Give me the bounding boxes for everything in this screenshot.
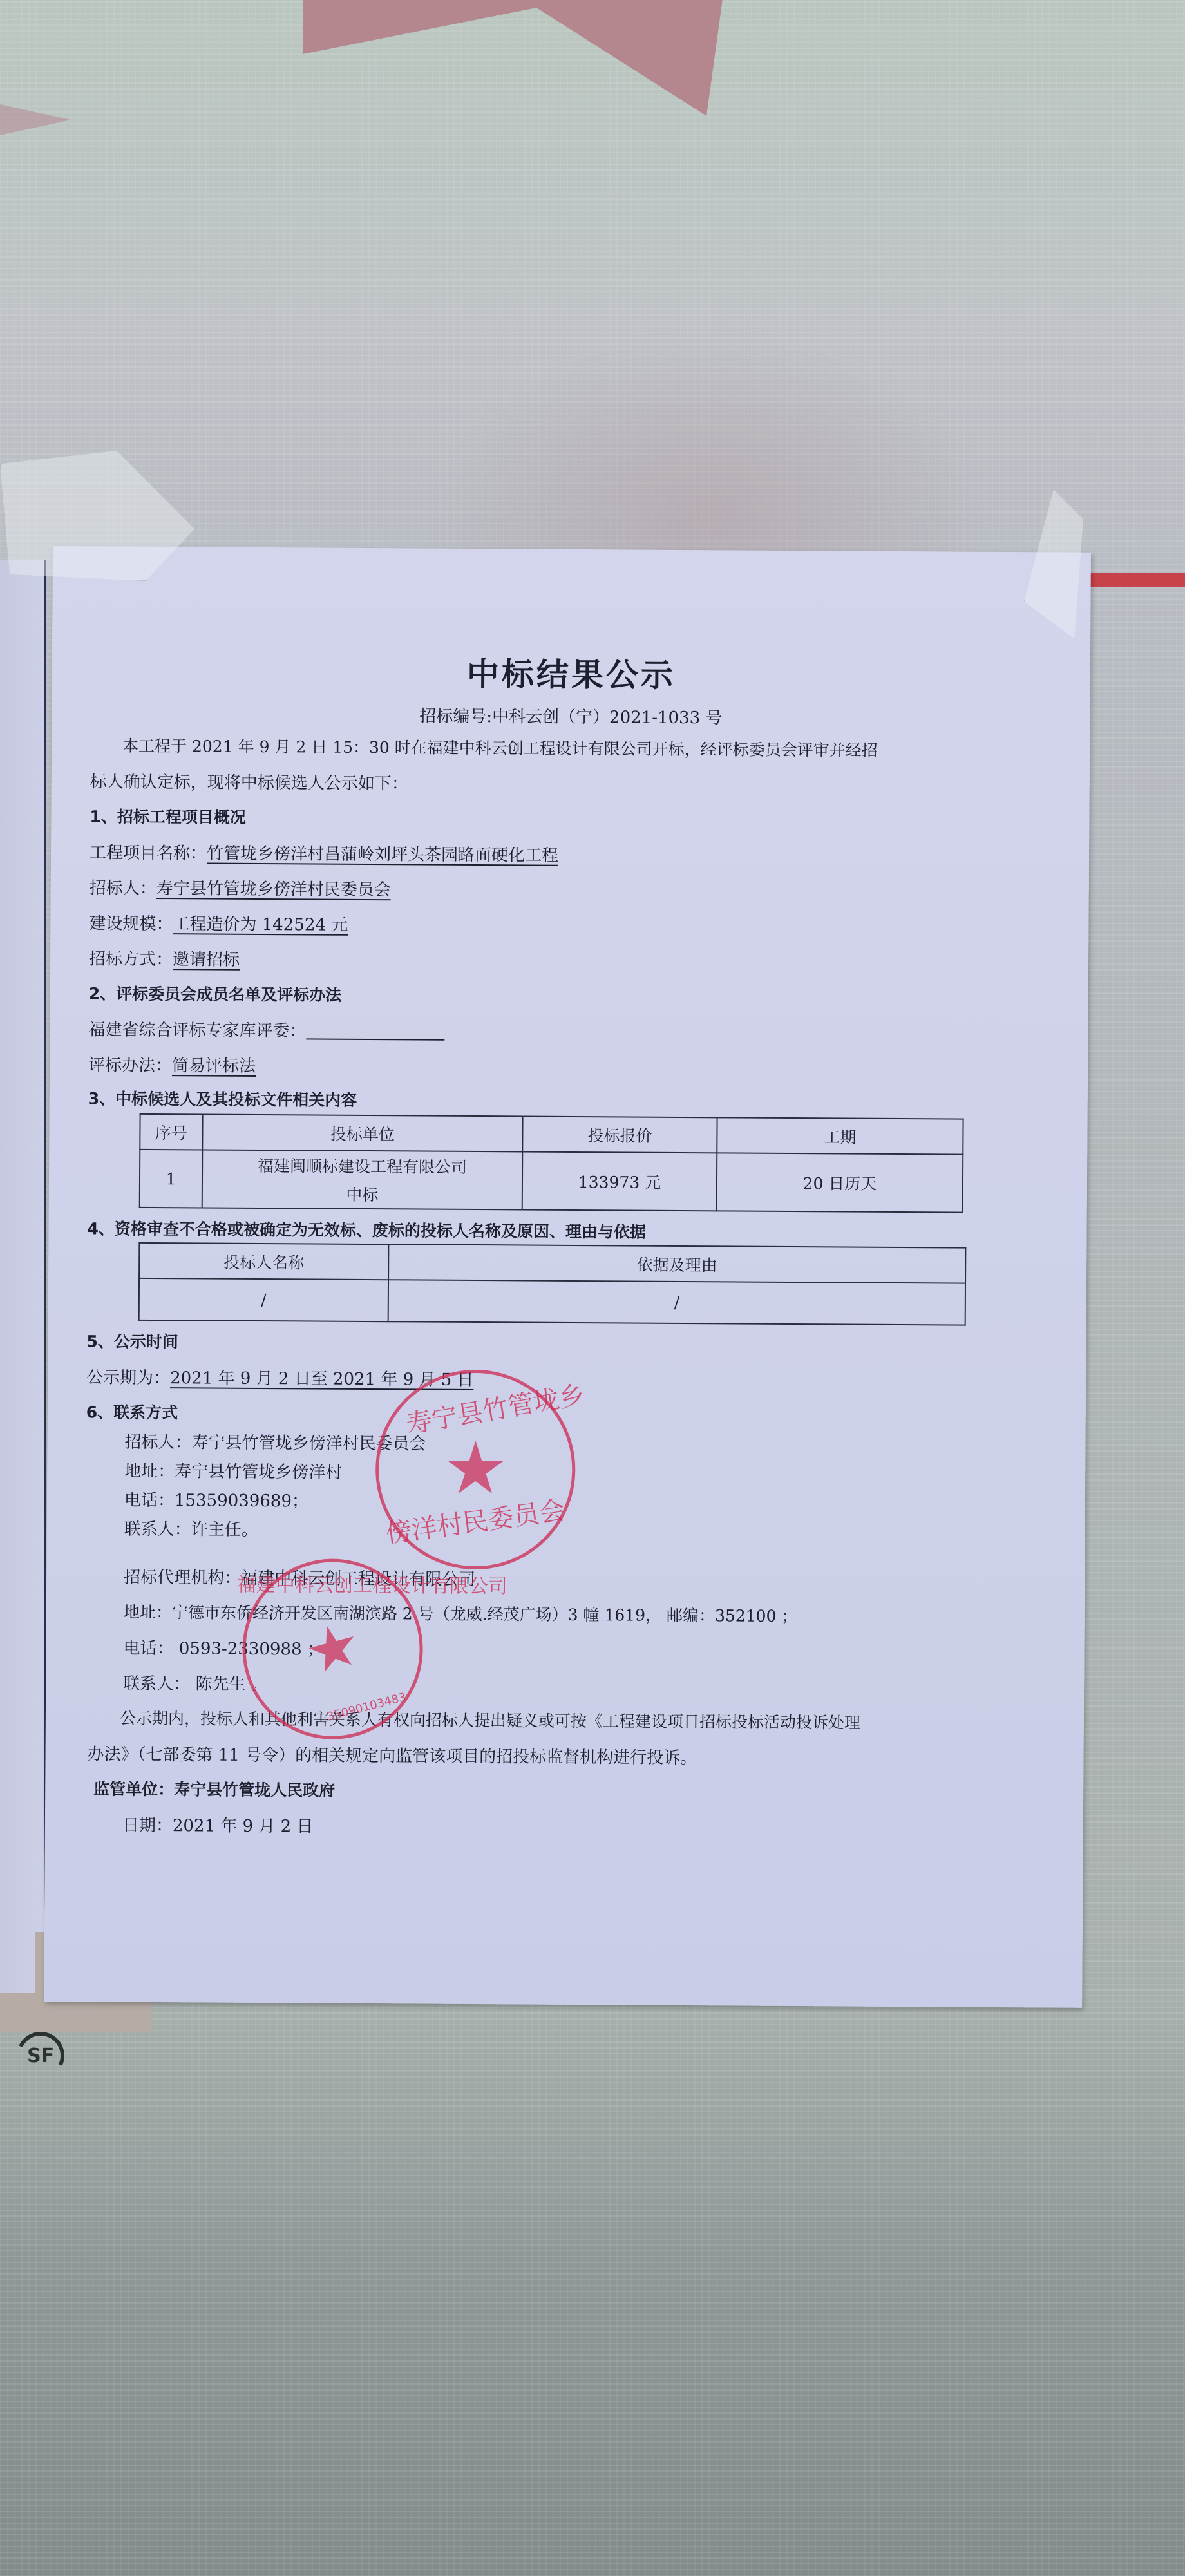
section-5-heading: 5、公示时间 (86, 1329, 178, 1352)
page-title: 中标结果公示 (52, 646, 1090, 699)
experts-blank-line (306, 1024, 444, 1040)
section-3-heading: 3、中标候选人及其投标文件相关内容 (88, 1086, 357, 1111)
eval-method-value: 简易评标法 (172, 1056, 256, 1076)
table-header-row: 序号 投标单位 投标报价 工期 (140, 1114, 963, 1155)
scale-value: 工程造价为 142524 元 (173, 914, 348, 935)
col-header-bidder: 投标单位 (202, 1114, 522, 1151)
intro-line-1: 本工程于 2021 年 9 月 2 日 15：30 时在福建中科云创工程设计有限… (122, 734, 878, 761)
sf-logo-text: SF (27, 2045, 54, 2067)
bidder-name: 福建闽顺标建设工程有限公司 (203, 1153, 522, 1178)
col-header-price: 投标报价 (522, 1116, 717, 1153)
tenderer-row: 招标人：寿宁县竹管垅乡傍洋村民委员会 (90, 875, 391, 900)
table-row: 1 福建闽顺标建设工程有限公司 中标 133973 元 20 日历天 (140, 1150, 963, 1213)
section-2-heading: 2、评标委员会成员名单及评标办法 (89, 981, 342, 1005)
bid-result-notice-page: 中标结果公示 招标编号:中科云创（宁）2021-1033 号 本工程于 2021… (44, 546, 1091, 2008)
bidder-status: 中标 (203, 1181, 522, 1206)
project-name-value: 竹管垅乡傍洋村昌蒲岭刘坪头茶园路面硬化工程 (207, 844, 558, 865)
section-4-heading: 4、资格审查不合格或被确定为无效标、废标的投标人名称及原因、理由与依据 (87, 1216, 646, 1242)
col-header-duration: 工期 (717, 1117, 963, 1154)
notice-date: 日期：2021 年 9 月 2 日 (122, 1812, 314, 1837)
cell-reason: / (388, 1280, 965, 1325)
disqualified-bidder-table: 投标人名称 依据及理由 / / (138, 1242, 967, 1326)
complaint-line-2: 办法》（七部委第 11 号令）的相关规定向监管该项目的招投标监督机构进行投诉。 (87, 1741, 697, 1768)
sf-logo-sticker: SF (10, 2025, 71, 2087)
contact-tenderer-person: 联系人：许主任。 (124, 1516, 258, 1540)
table-row: / / (139, 1278, 965, 1325)
method-value: 邀请招标 (173, 950, 240, 970)
period-label: 公示期为： (86, 1368, 170, 1388)
cell-name: / (139, 1278, 388, 1321)
experts-label: 福建省综合评标专家库评委： (88, 1020, 306, 1041)
seal-agency-text: 福建中科云创工程设计有限公司 (237, 1569, 507, 1599)
section-1-heading: 1、招标工程项目概况 (90, 804, 246, 828)
project-name-label: 工程项目名称： (90, 843, 207, 863)
eval-method-row: 评标办法：简易评标法 (88, 1052, 256, 1077)
scale-row: 建设规模：工程造价为 142524 元 (89, 910, 348, 935)
section-6-heading: 6、联系方式 (86, 1399, 178, 1423)
bid-number: 招标编号:中科云创（宁）2021-1033 号 (52, 701, 1090, 731)
col-header-name: 投标人名称 (139, 1243, 388, 1280)
banner-star-shape (303, 0, 728, 116)
col-header-no: 序号 (140, 1114, 202, 1150)
project-name-row: 工程项目名称：竹管垅乡傍洋村昌蒲岭刘坪头茶园路面硬化工程 (90, 839, 558, 866)
table-header-row: 投标人名称 依据及理由 (139, 1243, 965, 1283)
method-row: 招标方式：邀请招标 (89, 945, 240, 970)
period-row: 公示期为：2021 年 9 月 2 日至 2021 年 9 月 5 日 (86, 1364, 474, 1390)
seal-star-icon (446, 1441, 505, 1499)
contact-tenderer-phone: 电话：15359039689； (124, 1487, 308, 1512)
banner-star-shape-partial (0, 97, 71, 135)
winning-bidder-table: 序号 投标单位 投标报价 工期 1 福建闽顺标建设工程有限公司 中标 13397… (139, 1113, 964, 1213)
seal-star-icon (303, 1620, 363, 1679)
cell-price: 133973 元 (522, 1151, 717, 1211)
seal-bottom-text: 傍洋村民委员会 (377, 1489, 573, 1551)
eval-method-label: 评标办法： (88, 1056, 172, 1075)
method-label: 招标方式： (89, 949, 173, 969)
adjacent-notice-page-edge (0, 560, 46, 1993)
contact-agency-address: 地址：宁德市东侨经济开发区南湖滨路 2 号（龙威.经茂广场）3 幢 1619， … (124, 1600, 798, 1627)
scale-label: 建设规模： (89, 914, 173, 934)
supervisor: 监管单位：寿宁县竹管垅人民政府 (93, 1776, 335, 1801)
complaint-line-1: 公示期内，投标人和其他利害关系人有权向招标人提出疑义或可按《工程建设项目招标投标… (120, 1706, 860, 1734)
village-committee-seal: 寿宁县竹管垅乡 傍洋村民委员会 (375, 1369, 576, 1570)
experts-row: 福建省综合评标专家库评委： (88, 1016, 444, 1042)
tenderer-label: 招标人： (90, 878, 156, 898)
tenderer-value: 寿宁县竹管垅乡傍洋村民委员会 (156, 879, 391, 900)
contact-tenderer-address: 地址：寿宁县竹管垅乡傍洋村 (124, 1458, 342, 1483)
intro-line-2: 标人确认定标，现将中标候选人公示如下： (90, 768, 408, 794)
cell-bidder: 福建闽顺标建设工程有限公司 中标 (202, 1150, 523, 1209)
cell-no: 1 (140, 1150, 203, 1208)
seal-top-text: 寿宁县竹管垅乡 (403, 1374, 587, 1441)
cell-duration: 20 日历天 (717, 1153, 963, 1212)
col-header-reason: 依据及理由 (388, 1244, 965, 1283)
